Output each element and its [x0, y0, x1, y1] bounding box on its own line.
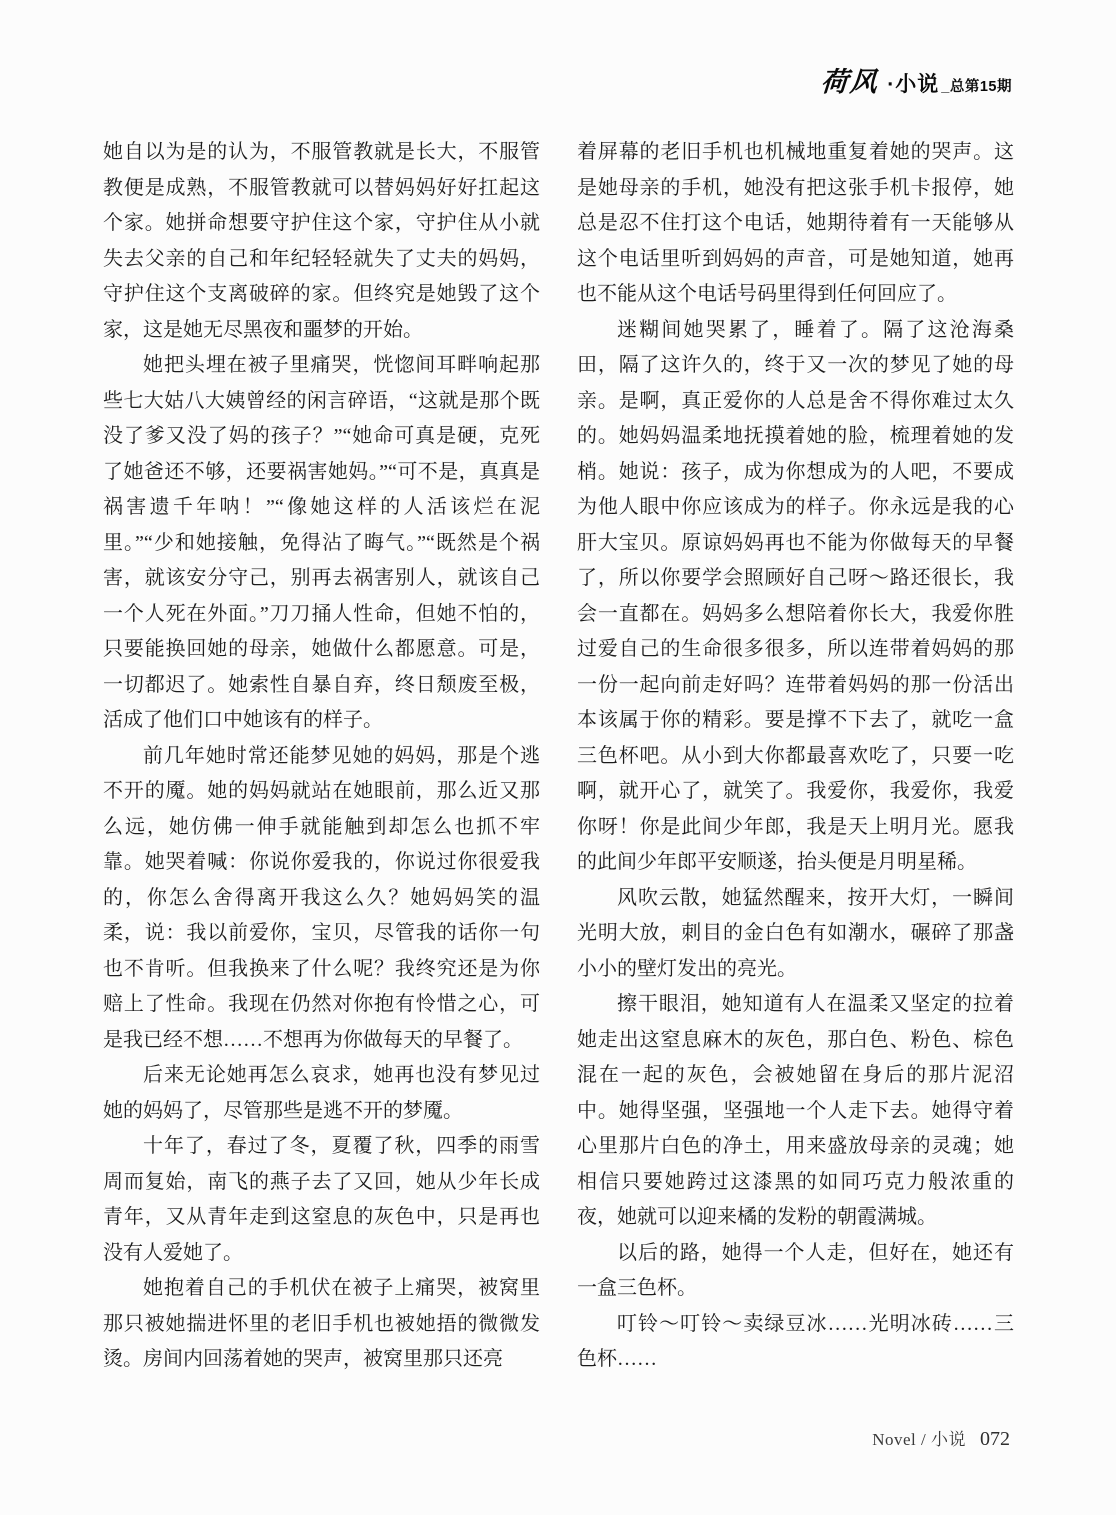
issue-number: _总第15期: [941, 75, 1012, 96]
footer-section-label: Novel / 小说: [872, 1425, 966, 1450]
paragraph: 她抱着自己的手机伏在被子上痛哭，被窝里那只被她揣进怀里的老旧手机也被她捂的微微发…: [103, 1271, 540, 1378]
paragraph: 着屏幕的老旧手机也机械地重复着她的哭声。这是她母亲的手机，她没有把这张手机卡报停…: [577, 135, 1014, 313]
page-number: 072: [980, 1428, 1010, 1451]
paragraph: 迷糊间她哭累了，睡着了。隔了这沧海桑田，隔了这许久的，终于又一次的梦见了她的母亲…: [577, 313, 1014, 881]
paragraph: 叮铃～叮铃～卖绿豆冰……光明冰砖……三色杯……: [577, 1307, 1014, 1378]
text-column-right: 着屏幕的老旧手机也机械地重复着她的哭声。这是她母亲的手机，她没有把这张手机卡报停…: [577, 135, 1014, 1378]
paragraph: 以后的路，她得一个人走，但好在，她还有一盒三色杯。: [577, 1236, 1014, 1307]
page-footer: Novel / 小说 072: [872, 1425, 1010, 1451]
paragraph: 擦干眼泪，她知道有人在温柔又坚定的拉着她走出这窒息麻木的灰色，那白色、粉色、棕色…: [577, 987, 1014, 1236]
paragraph: 风吹云散，她猛然醒来，按开大灯，一瞬间光明大放，刺目的金白色有如潮水，碾碎了那盏…: [577, 881, 1014, 988]
magazine-logo: 荷风: [820, 60, 881, 99]
paragraph: 后来无论她再怎么哀求，她再也没有梦见过她的妈妈了，尽管那些是逃不开的梦魇。: [103, 1058, 540, 1129]
page-header: 荷风 ·小说 _总第15期: [821, 60, 1012, 99]
magazine-section-title: ·小说: [887, 68, 939, 98]
paragraph: 前几年她时常还能梦见她的妈妈，那是个逃不开的魇。她的妈妈就站在她眼前，那么近又那…: [103, 739, 540, 1059]
text-column-left: 她自以为是的认为，不服管教就是长大，不服管教便是成熟，不服管教就可以替妈妈好好扛…: [103, 135, 540, 1378]
paragraph: 她把头埋在被子里痛哭，恍惚间耳畔响起那些七大姑八大姨曾经的闲言碎语，“这就是那个…: [103, 348, 540, 739]
paragraph: 她自以为是的认为，不服管教就是长大，不服管教便是成熟，不服管教就可以替妈妈好好扛…: [103, 135, 540, 348]
article-body: 她自以为是的认为，不服管教就是长大，不服管教便是成熟，不服管教就可以替妈妈好好扛…: [103, 135, 1014, 1378]
magazine-page: 荷风 ·小说 _总第15期 她自以为是的认为，不服管教就是长大，不服管教便是成熟…: [0, 0, 1116, 1515]
paragraph: 十年了，春过了冬，夏覆了秋，四季的雨雪周而复始，南飞的燕子去了又回，她从少年长成…: [103, 1129, 540, 1271]
